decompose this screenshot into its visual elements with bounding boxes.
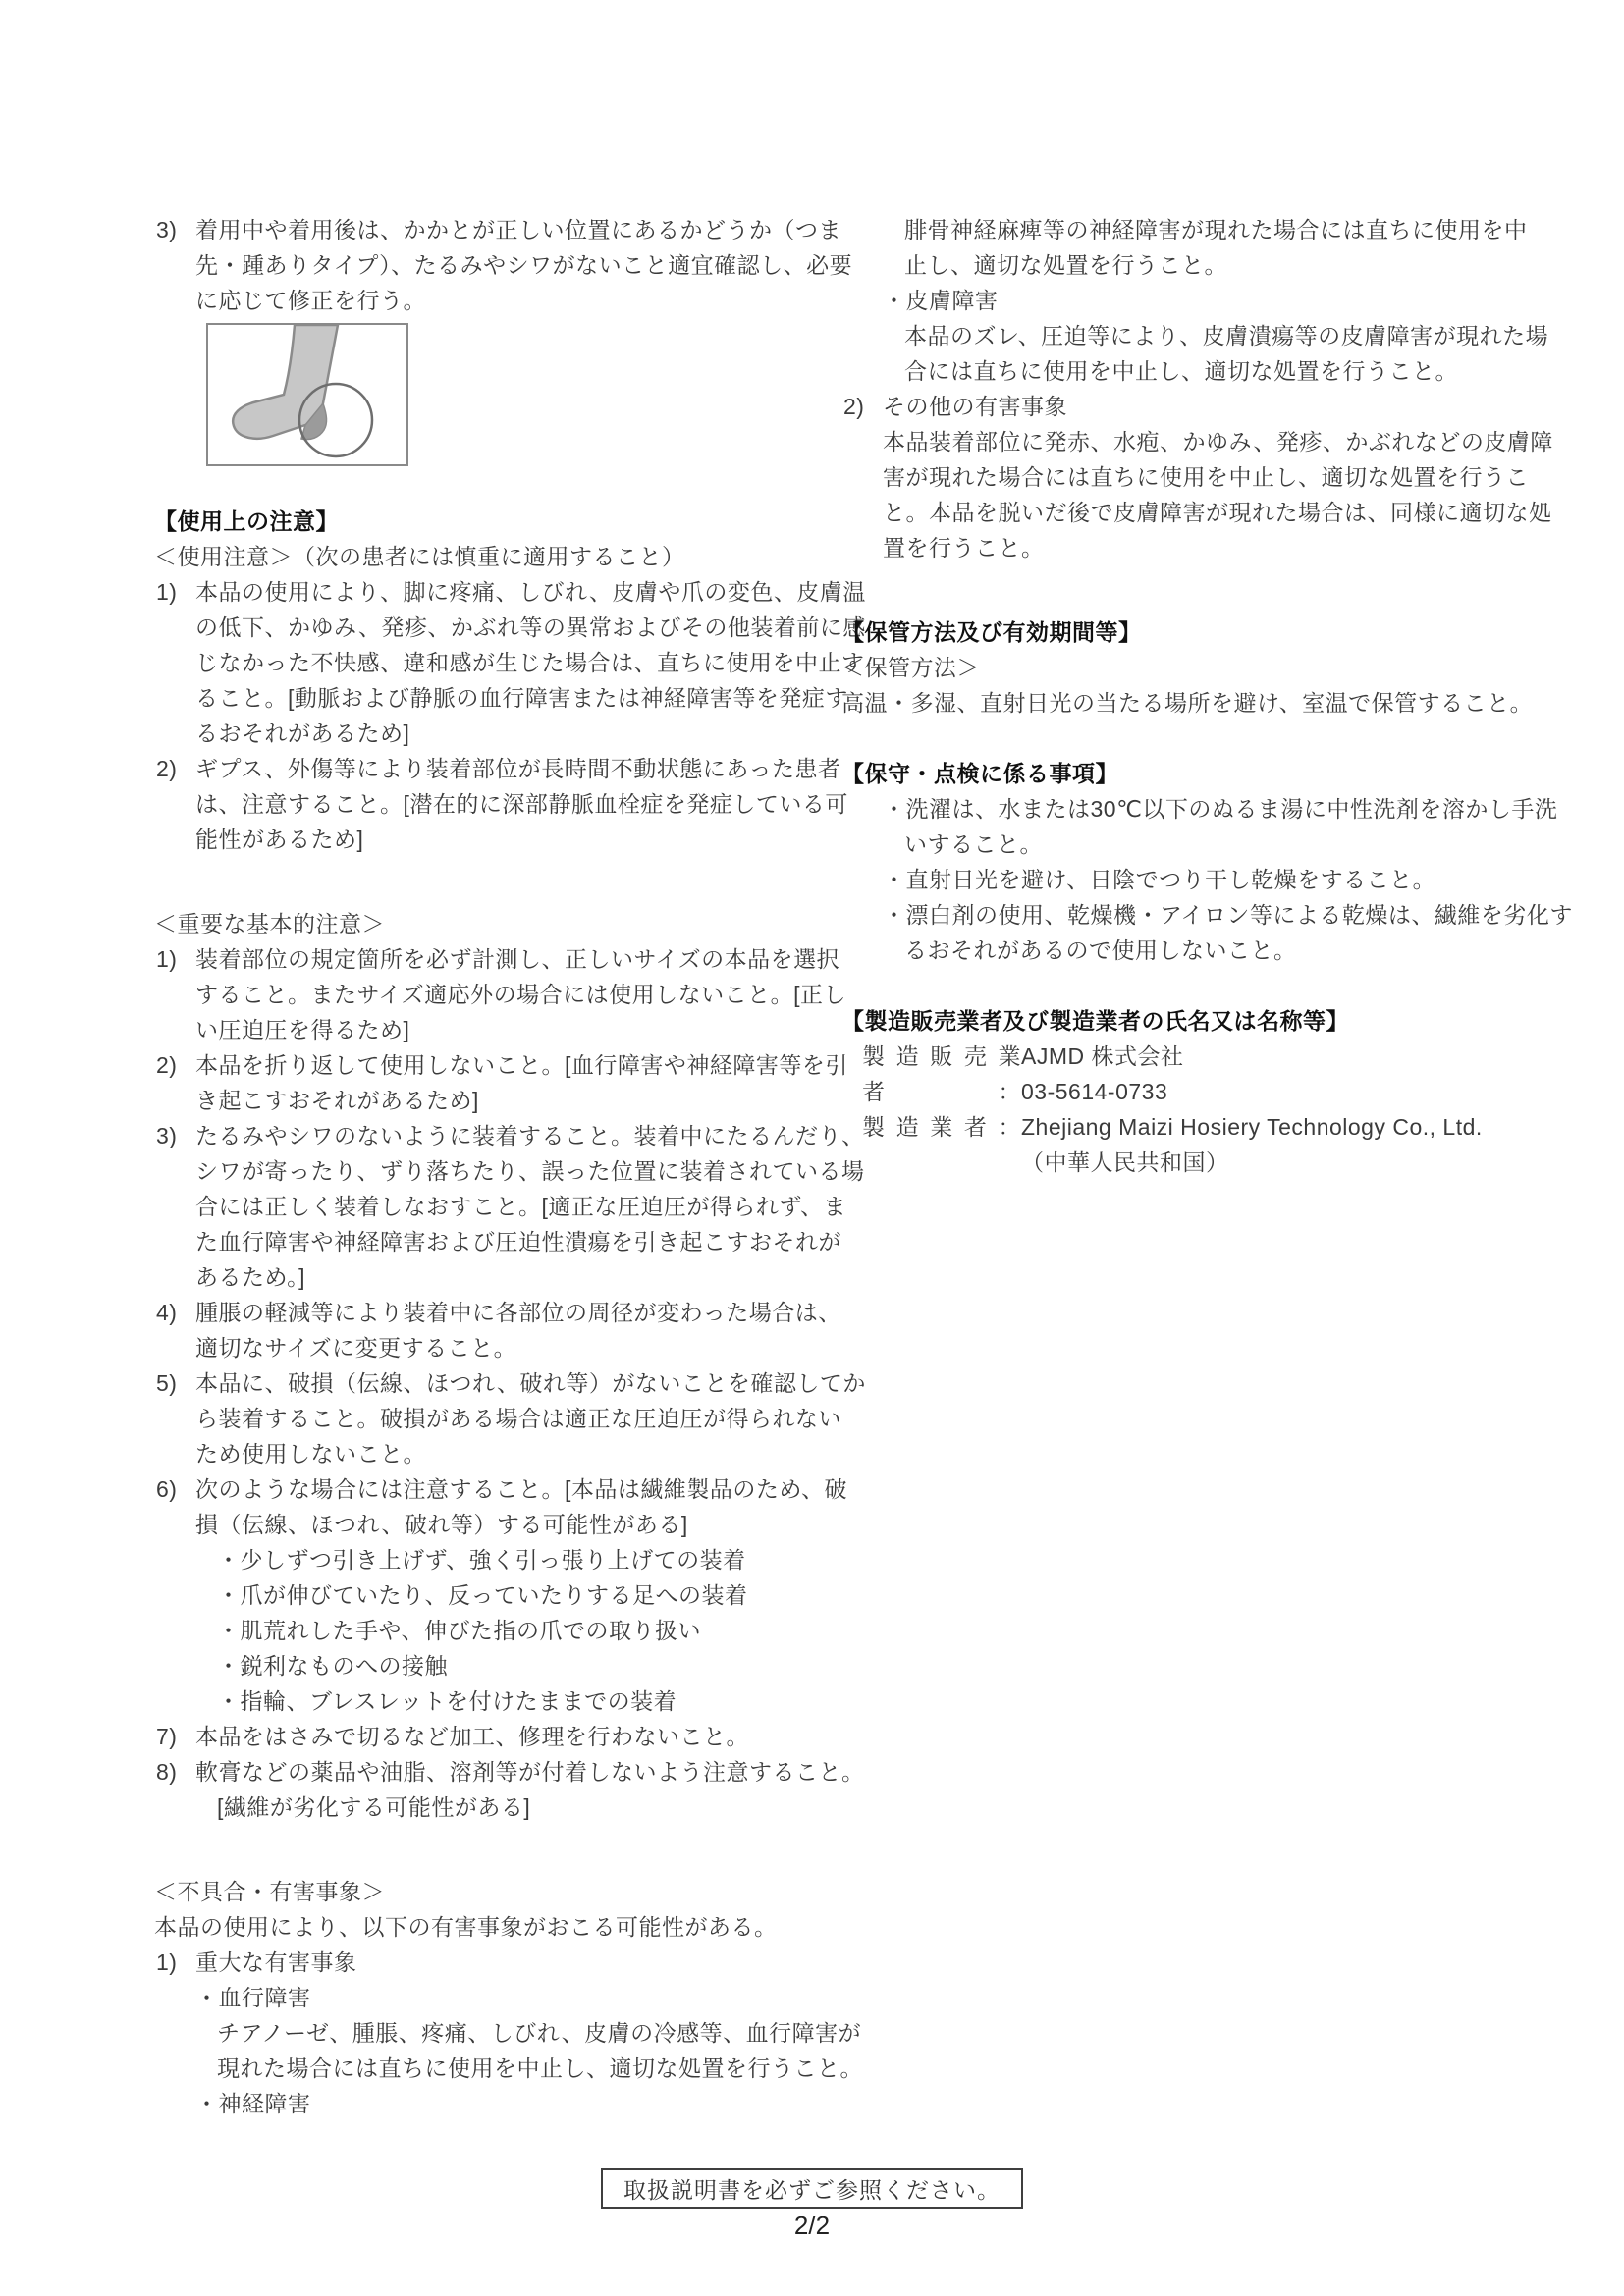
- list-number: 3): [156, 212, 177, 247]
- text-line: 合には直ちに使用を中止し、適切な処置を行うこと。: [841, 353, 1534, 389]
- list-number: 2): [843, 389, 864, 424]
- distributor-value: AJMD 株式会社 03-5614-0733: [1021, 1039, 1534, 1109]
- text-line: あるため。]: [154, 1259, 837, 1295]
- manufacturer-label: 製造業者：: [862, 1109, 1021, 1180]
- text-line: 適切なサイズに変更すること。: [154, 1330, 837, 1365]
- manufacturer-header: 【製造販売業者及び製造業者の氏名又は名称等】: [841, 1003, 1534, 1039]
- list-number: 8): [156, 1754, 177, 1789]
- text-line: 1)重大な有害事象: [154, 1945, 837, 1980]
- text-line: 現れた場合には直ちに使用を中止し、適切な処置を行うこと。: [154, 2051, 837, 2086]
- text-line: ・血行障害: [154, 1980, 837, 2015]
- text-line: 止し、適切な処置を行うこと。: [841, 247, 1534, 283]
- footer-note-box: 取扱説明書を必ずご参照ください。: [601, 2168, 1023, 2209]
- text-line: き起こすおそれがあるため]: [154, 1083, 837, 1118]
- text-line: 害が現れた場合には直ちに使用を中止し、適切な処置を行うこ: [841, 459, 1534, 495]
- list-number: 2): [156, 751, 177, 786]
- text-line: の低下、かゆみ、発疹、かぶれ等の異常およびその他装着前に感: [154, 610, 837, 645]
- text-line: じなかった不快感、違和感が生じた場合は、直ちに使用を中止す: [154, 645, 837, 680]
- caution-list: 1)本品の使用により、脚に疼痛、しびれ、皮膚や爪の変色、皮膚温の低下、かゆみ、発…: [154, 574, 837, 857]
- text-line: ・漂白剤の使用、乾燥機・アイロン等による乾燥は、繊維を劣化す: [841, 897, 1534, 933]
- list-number: 2): [156, 1047, 177, 1083]
- footer-note-text: 取扱説明書を必ずご参照ください。: [623, 2172, 1001, 2205]
- text-line: いすること。: [841, 827, 1534, 862]
- text-line: 7)本品をはさみで切るなど加工、修理を行わないこと。: [154, 1719, 837, 1754]
- text-line: るおそれがあるので使用しないこと。: [841, 933, 1534, 968]
- basic-notes-list: 1)装着部位の規定箇所を必ず計測し、正しいサイズの本品を選択すること。またサイズ…: [154, 941, 837, 1825]
- text-line: 3)着用中や着用後は、かかとが正しい位置にあるかどうか（つま: [154, 212, 837, 247]
- stocking-heel-illustration-icon: [208, 325, 406, 464]
- text-line: 2)本品を折り返して使用しないこと。[血行障害や神経障害等を引: [154, 1047, 837, 1083]
- text-line: 1)本品の使用により、脚に疼痛、しびれ、皮膚や爪の変色、皮膚温: [154, 574, 837, 610]
- list-number: 1): [156, 574, 177, 610]
- text-line: 3)たるみやシワのないように装着すること。装着中にたるんだり、: [154, 1118, 837, 1153]
- text-line: い圧迫圧を得るため]: [154, 1012, 837, 1047]
- text-line: 本品装着部位に発赤、水疱、かゆみ、発疹、かぶれなどの皮膚障: [841, 424, 1534, 459]
- distributor-row: 製造販売業者： AJMD 株式会社 03-5614-0733: [841, 1039, 1534, 1109]
- list-number: 6): [156, 1471, 177, 1507]
- manufacturer-row: 製造業者： Zhejiang Maizi Hosiery Technology …: [841, 1109, 1534, 1180]
- text-line: 1)装着部位の規定箇所を必ず計測し、正しいサイズの本品を選択: [154, 941, 837, 977]
- basic-notes-subheader: ＜重要な基本的注意＞: [154, 906, 837, 941]
- list-number: 4): [156, 1295, 177, 1330]
- text-line: ・直射日光を避け、日陰でつり干し乾燥をすること。: [841, 862, 1534, 897]
- adverse-events-continued: 腓骨神経麻痺等の神経障害が現れた場合には直ちに使用を中止し、適切な処置を行うこと…: [841, 212, 1534, 565]
- list-number: 7): [156, 1719, 177, 1754]
- text-line: は、注意すること。[潜在的に深部静脈血栓症を発症している可: [154, 786, 837, 822]
- adverse-events-intro: 本品の使用により、以下の有害事象がおこる可能性がある。: [154, 1909, 837, 1945]
- text-line: ・少しずつ引き上げず、強く引っ張り上げての装着: [154, 1542, 837, 1577]
- text-line: ・爪が伸びていたり、反っていたりする足への装着: [154, 1577, 837, 1613]
- maintenance-list: ・洗濯は、水または30℃以下のぬるま湯に中性洗剤を溶かし手洗いすること。・直射日…: [841, 791, 1534, 968]
- text-line: シワが寄ったり、ずり落ちたり、誤った位置に装着されている場: [154, 1153, 837, 1189]
- text-line: ・肌荒れした手や、伸びた指の爪での取り扱い: [154, 1613, 837, 1648]
- text-line: ・洗濯は、水または30℃以下のぬるま湯に中性洗剤を溶かし手洗: [841, 791, 1534, 827]
- text-line: 先・踵ありタイプ）、たるみやシワがないこと適宜確認し、必要: [154, 247, 837, 283]
- manufacturer-country: （中華人民共和国）: [1021, 1145, 1534, 1180]
- text-line: た血行障害や神経障害および圧迫性潰瘍を引き起こすおそれが: [154, 1224, 837, 1259]
- text-line: に応じて修正を行う。: [154, 283, 837, 318]
- adverse-events-subheader: ＜不具合・有害事象＞: [154, 1874, 837, 1909]
- right-column: 腓骨神経麻痺等の神経障害が現れた場合には直ちに使用を中止し、適切な処置を行うこと…: [841, 212, 1534, 1180]
- text-line: 8)軟膏などの薬品や油脂、溶剤等が付着しないよう注意すること。: [154, 1754, 837, 1789]
- distributor-name: AJMD 株式会社: [1021, 1039, 1534, 1074]
- left-column: 3)着用中や着用後は、かかとが正しい位置にあるかどうか（つま先・踵ありタイプ）、…: [154, 212, 837, 2121]
- wear-check-item: 3)着用中や着用後は、かかとが正しい位置にあるかどうか（つま先・踵ありタイプ）、…: [154, 212, 837, 318]
- manufacturer-name: Zhejiang Maizi Hosiery Technology Co., L…: [1021, 1109, 1534, 1145]
- list-number: 1): [156, 1945, 177, 1980]
- text-line: 損（伝線、ほつれ、破れ等）する可能性がある]: [154, 1507, 837, 1542]
- distributor-label: 製造販売業者：: [862, 1039, 1021, 1109]
- text-line: [繊維が劣化する可能性がある]: [154, 1789, 837, 1825]
- usage-notes-header: 【使用上の注意】: [154, 504, 837, 539]
- text-line: 置を行うこと。: [841, 530, 1534, 565]
- text-line: ること。[動脈および静脈の血行障害または神経障害等を発症す: [154, 680, 837, 716]
- text-line: チアノーゼ、腫脹、疼痛、しびれ、皮膚の冷感等、血行障害が: [154, 2015, 837, 2051]
- text-line: 能性があるため]: [154, 822, 837, 857]
- text-line: ・指輪、ブレスレットを付けたままでの装着: [154, 1683, 837, 1719]
- list-number: 1): [156, 941, 177, 977]
- text-line: すること。またサイズ適応外の場合には使用しないこと。[正し: [154, 977, 837, 1012]
- text-line: ・神経障害: [154, 2086, 837, 2121]
- text-line: 腓骨神経麻痺等の神経障害が現れた場合には直ちに使用を中: [841, 212, 1534, 247]
- text-line: 合には正しく装着しなおすこと。[適正な圧迫圧が得られず、ま: [154, 1189, 837, 1224]
- list-number: 5): [156, 1365, 177, 1401]
- text-line: 本品のズレ、圧迫等により、皮膚潰瘍等の皮膚障害が現れた場: [841, 318, 1534, 353]
- maintenance-header: 【保守・点検に係る事項】: [841, 756, 1534, 791]
- text-line: ら装着すること。破損がある場合は適正な圧迫圧が得られない: [154, 1401, 837, 1436]
- distributor-phone: 03-5614-0733: [1021, 1074, 1534, 1109]
- list-number: 3): [156, 1118, 177, 1153]
- text-line: 2)その他の有害事象: [841, 389, 1534, 424]
- storage-text: 高温・多湿、直射日光の当たる場所を避け、室温で保管すること。: [841, 685, 1534, 721]
- text-line: と。本品を脱いだ後で皮膚障害が現れた場合は、同様に適切な処: [841, 495, 1534, 530]
- manufacturer-value: Zhejiang Maizi Hosiery Technology Co., L…: [1021, 1109, 1534, 1180]
- text-line: ため使用しないこと。: [154, 1436, 837, 1471]
- text-line: ・鋭利なものへの接触: [154, 1648, 837, 1683]
- adverse-events-list: 1)重大な有害事象・血行障害チアノーゼ、腫脹、疼痛、しびれ、皮膚の冷感等、血行障…: [154, 1945, 837, 2121]
- text-line: 4)腫脹の軽減等により装着中に各部位の周径が変わった場合は、: [154, 1295, 837, 1330]
- text-line: 2)ギプス、外傷等により装着部位が長時間不動状態にあった患者: [154, 751, 837, 786]
- page-number: 2/2: [0, 2211, 1624, 2241]
- text-line: 6)次のような場合には注意すること。[本品は繊維製品のため、破: [154, 1471, 837, 1507]
- text-line: 5)本品に、破損（伝線、ほつれ、破れ等）がないことを確認してか: [154, 1365, 837, 1401]
- heel-position-figure: [206, 323, 408, 466]
- caution-subheader: ＜使用注意＞（次の患者には慎重に適用すること）: [154, 539, 837, 574]
- manual-page: 3)着用中や着用後は、かかとが正しい位置にあるかどうか（つま先・踵ありタイプ）、…: [0, 0, 1624, 2296]
- text-line: るおそれがあるため]: [154, 716, 837, 751]
- storage-header: 【保管方法及び有効期間等】: [841, 614, 1534, 650]
- text-line: ・皮膚障害: [841, 283, 1534, 318]
- storage-subheader: ＜保管方法＞: [841, 650, 1534, 685]
